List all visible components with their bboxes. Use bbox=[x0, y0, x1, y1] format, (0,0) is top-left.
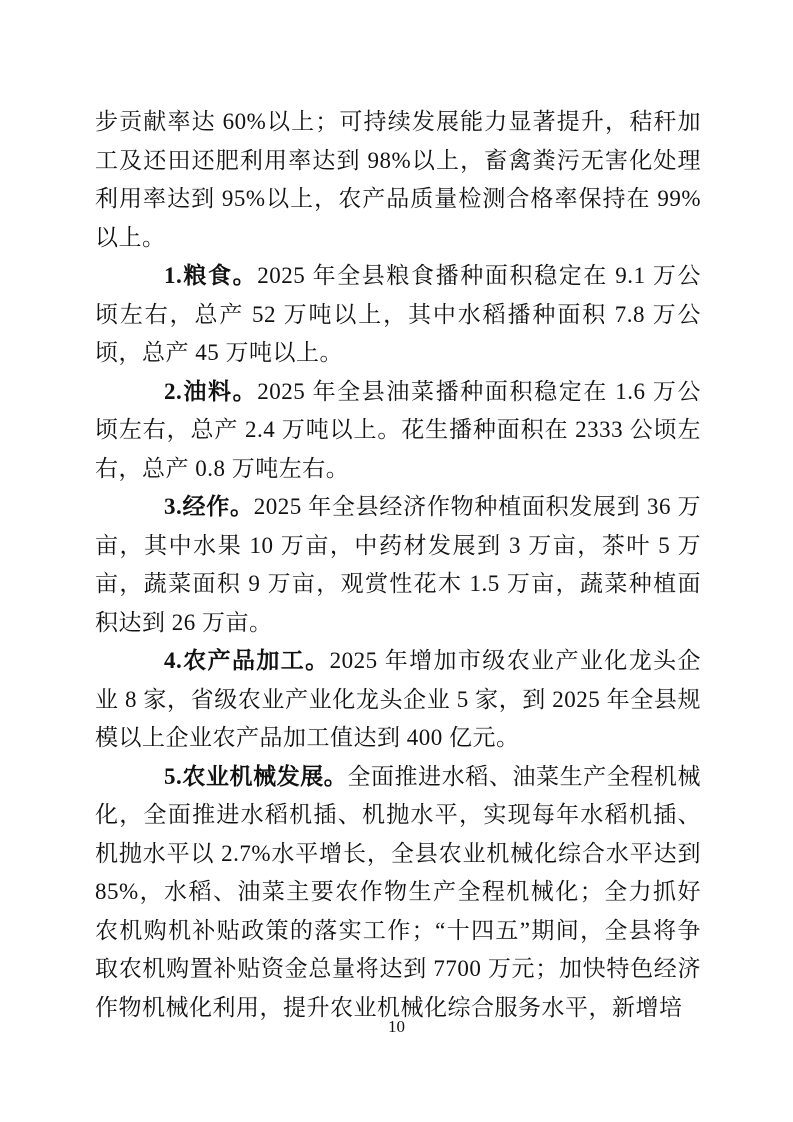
paragraph-grain: 1.粮食。2025 年全县粮食播种面积稳定在 9.1 万公顷左右，总产 52 万… bbox=[95, 257, 701, 373]
section-heading-grain: 1.粮食。 bbox=[164, 263, 257, 288]
paragraph-continuation: 步贡献率达 60%以上；可持续发展能力显著提升，秸秆加工及还田还肥利用率达到 9… bbox=[95, 103, 701, 257]
paragraph-cash-crops: 3.经作。2025 年全县经济作物种植面积发展到 36 万亩，其中水果 10 万… bbox=[95, 488, 701, 642]
document-page: 步贡献率达 60%以上；可持续发展能力显著提升，秸秆加工及还田还肥利用率达到 9… bbox=[0, 0, 793, 1122]
paragraph-text: 步贡献率达 60%以上；可持续发展能力显著提升，秸秆加工及还田还肥利用率达到 9… bbox=[95, 109, 701, 250]
section-heading-oilseed: 2.油料。 bbox=[164, 379, 257, 404]
section-heading-machinery: 5.农业机械发展。 bbox=[164, 764, 347, 789]
paragraph-machinery: 5.农业机械发展。全面推进水稻、油菜生产全程机械化，全面推进水稻机插、机抛水平，… bbox=[95, 758, 701, 1028]
section-heading-agri-processing: 4.农产品加工。 bbox=[164, 648, 330, 673]
paragraph-oilseed: 2.油料。2025 年全县油菜播种面积稳定在 1.6 万公顷左右，总产 2.4 … bbox=[95, 373, 701, 489]
page-number: 10 bbox=[0, 1017, 793, 1037]
document-body: 步贡献率达 60%以上；可持续发展能力显著提升，秸秆加工及还田还肥利用率达到 9… bbox=[95, 103, 701, 1027]
paragraph-text: 全面推进水稻、油菜生产全程机械化，全面推进水稻机插、机抛水平，实现每年水稻机插、… bbox=[95, 764, 701, 1020]
paragraph-agri-processing: 4.农产品加工。2025 年增加市级农业产业化龙头企业 8 家，省级农业产业化龙… bbox=[95, 642, 701, 758]
section-heading-cash-crops: 3.经作。 bbox=[164, 494, 254, 519]
